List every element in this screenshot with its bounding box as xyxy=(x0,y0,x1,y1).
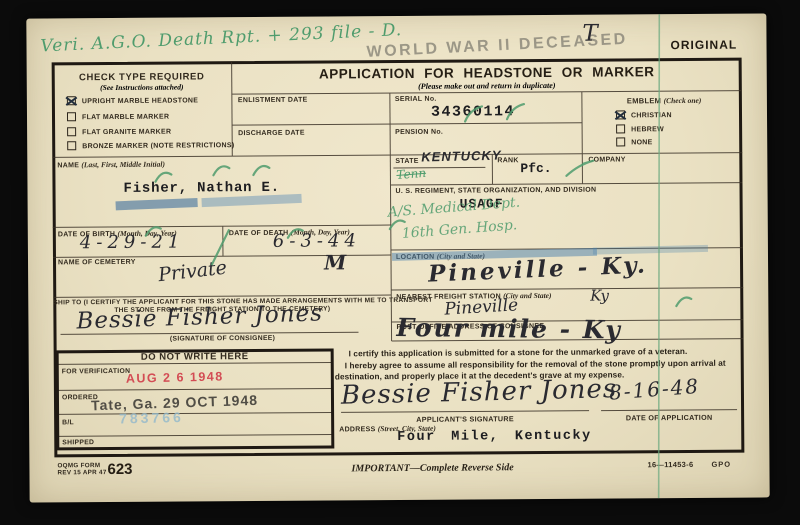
check-type-option-label: FLAT MARBLE MARKER xyxy=(82,114,169,122)
form-id-line2: REV 15 APR 47 xyxy=(57,469,106,476)
checkbox-hebrew xyxy=(616,124,625,133)
bl-label: B/L xyxy=(62,419,74,426)
gpo-label: GPO xyxy=(711,460,731,469)
state-label: STATE xyxy=(395,158,418,165)
do-not-write-heading: DO NOT WRITE HERE xyxy=(56,350,334,363)
print-code: 16—11453-6 xyxy=(647,460,693,469)
checkbox-flat-granite-marker xyxy=(67,127,76,136)
serial-no-label: SERIAL No. xyxy=(395,96,437,103)
pension-no-label: PENSION No. xyxy=(395,129,443,136)
for-verification-label: FOR VERIFICATION xyxy=(62,368,131,375)
cemetery-m-mark: M xyxy=(324,250,346,274)
application-form-document: Veri. A.G.O. Death Rpt. + 293 file - D. … xyxy=(26,13,769,502)
applicant-signature-label: APPLICANT'S SIGNATURE xyxy=(341,414,589,425)
check-type-subheading: (See Instructions attached) xyxy=(52,82,232,92)
emblem-option-label: NONE xyxy=(631,139,652,146)
company-label: COMPANY xyxy=(588,156,625,163)
address-value: Four Mile, Kentucky xyxy=(397,429,592,445)
checkbox-upright-marble-headstone xyxy=(67,96,76,105)
serial-no-value: 34360114 xyxy=(431,103,515,121)
check-type-option-label: FLAT GRANITE MARKER xyxy=(82,129,171,137)
cemetery-label: NAME OF CEMETERY xyxy=(58,259,136,267)
state-value-handwritten: KENTUCKY xyxy=(421,148,502,165)
check-type-option-label: UPRIGHT MARBLE HEADSTONE xyxy=(82,97,198,105)
bl-number-stamp: 783766 xyxy=(119,409,184,427)
state-crossed-scribble: Tenn xyxy=(396,166,427,182)
original-label: ORIGINAL xyxy=(670,38,737,52)
rank-value: Pfc. xyxy=(520,161,551,176)
checkbox-none xyxy=(616,137,625,146)
emblem-heading: EMBLEM (Check one) xyxy=(627,96,701,106)
footer-important-note: IMPORTANT—Complete Reverse Side xyxy=(351,462,513,474)
shipped-label: SHIPPED xyxy=(62,439,94,446)
handwritten-t-mark: T xyxy=(582,21,598,47)
form-number: 623 xyxy=(107,461,132,478)
regiment-label: U. S. REGIMENT, STATE ORGANIZATION, AND … xyxy=(396,187,597,195)
photo-frame: Veri. A.G.O. Death Rpt. + 293 file - D. … xyxy=(0,0,800,525)
enlistment-date-label: ENLISTMENT DATE xyxy=(238,97,308,104)
date-of-birth-value: 4-29-21 xyxy=(80,231,185,253)
emblem-option-label: HEBREW xyxy=(631,126,664,133)
verification-date-stamp: AUG 2 6 1948 xyxy=(126,369,224,385)
checkbox-flat-marble-marker xyxy=(67,112,76,121)
freight-station-state: Ky xyxy=(590,287,609,305)
emblem-option-label: CHRISTIAN xyxy=(631,112,672,119)
date-of-application-label: DATE OF APPLICATION xyxy=(601,413,737,423)
name-value: Fisher, Nathan E. xyxy=(123,180,280,197)
checkbox-christian xyxy=(616,110,625,119)
checkbox-bronze-marker xyxy=(67,141,76,150)
post-office-value: Four mile - Ky xyxy=(396,313,622,344)
discharge-date-label: DISCHARGE DATE xyxy=(238,130,305,137)
check-type-option-label: BRONZE MARKER (NOTE RESTRICTIONS) xyxy=(82,142,234,150)
rank-label: RANK xyxy=(497,157,518,164)
handwritten-verification-note: Veri. A.G.O. Death Rpt. + 293 file - D. xyxy=(40,20,403,56)
date-of-death-value: 6-3-44 xyxy=(273,230,361,252)
name-label: NAME (Last, First, Middle Initial) xyxy=(57,160,165,170)
